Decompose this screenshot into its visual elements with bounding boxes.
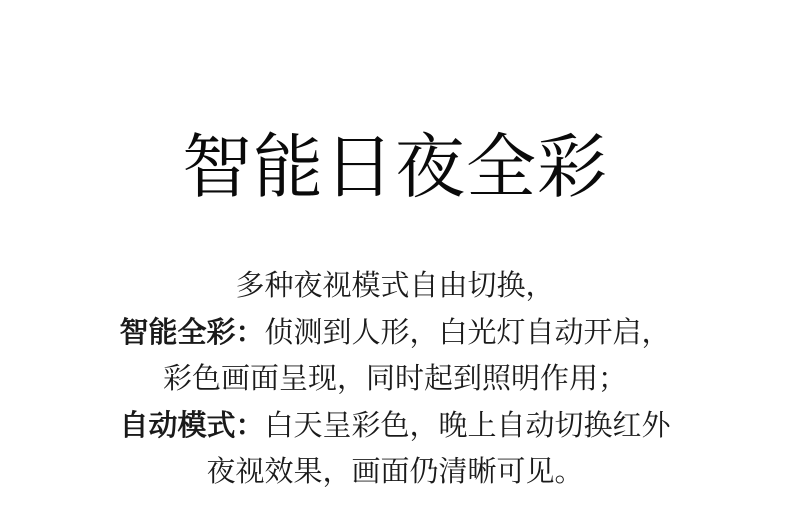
- feature-description: 多种夜视模式自由切换， 智能全彩：侦测到人形，白光灯自动开启， 彩色画面呈现，同…: [0, 262, 790, 495]
- auto-mode-text: 白天呈彩色，晚上自动切换红外: [265, 408, 671, 442]
- description-line-5: 夜视效果，画面仍清晰可见。: [0, 448, 790, 495]
- description-line-2: 智能全彩：侦测到人形，白光灯自动开启，: [0, 309, 790, 356]
- description-line-1: 多种夜视模式自由切换，: [0, 262, 790, 309]
- smart-color-label: 智能全彩：: [119, 315, 264, 349]
- description-line-3: 彩色画面呈现，同时起到照明作用；: [0, 355, 790, 402]
- smart-color-text: 侦测到人形，白光灯自动开启，: [265, 315, 671, 349]
- auto-mode-label: 自动模式：: [119, 408, 264, 442]
- page-title: 智能日夜全彩: [0, 122, 790, 212]
- description-line-4: 自动模式：白天呈彩色，晚上自动切换红外: [0, 402, 790, 449]
